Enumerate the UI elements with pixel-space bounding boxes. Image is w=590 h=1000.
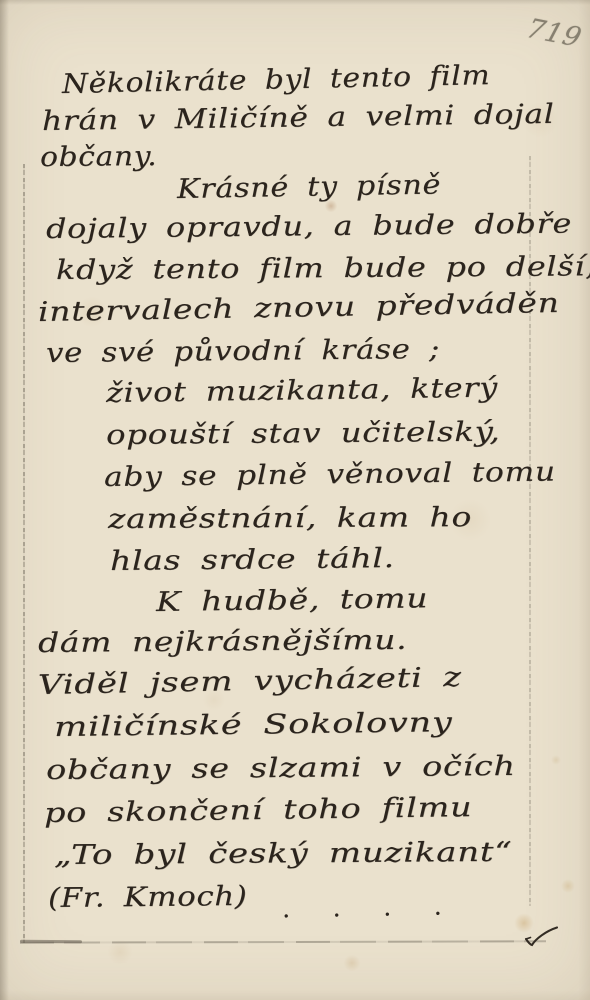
text-line: dojaly opravdu, a bude dobře	[46, 209, 572, 244]
text-line: občany.	[40, 142, 158, 173]
pencil-border-left	[23, 164, 25, 943]
text-line: po skončení toho filmu	[44, 793, 473, 829]
pencil-border-bottom	[20, 940, 546, 943]
text-line: (Fr. Kmoch)	[48, 882, 248, 914]
text-line: „To byl český muzikant“	[54, 838, 513, 871]
text-line: miličínské Sokolovny	[54, 708, 453, 743]
text-line: opouští stav učitelský,	[106, 418, 501, 451]
text-line: Viděl jsem vycházeti z	[38, 663, 462, 701]
text-line: intervalech znovu předváděn	[38, 289, 560, 328]
text-line: Několikráte byl tento film	[62, 61, 491, 100]
trailing-dots: . . . .	[282, 892, 444, 925]
text-line: dám nejkrásnějšímu.	[38, 626, 408, 659]
text-line: občany se slzami v očích	[46, 752, 516, 786]
text-line: ve své původní kráse ;	[46, 335, 440, 369]
text-line: hlas srdce táhl.	[110, 544, 395, 577]
pencil-border-bottom-dark-end	[20, 939, 82, 942]
text-line: Krásné ty písně	[177, 170, 442, 204]
text-line: zaměstnání, kam ho	[108, 503, 472, 535]
text-line: život muzikanta, který	[106, 374, 498, 409]
checkmark-icon	[523, 924, 561, 952]
text-line: K hudbě, tomu	[156, 584, 429, 617]
manuscript-page: 719 Několikráte byl tento film hrán v Mi…	[0, 0, 590, 1000]
text-line: aby se plně věnoval tomu	[104, 457, 556, 492]
text-line: když tento film bude po delší,	[56, 252, 590, 285]
text-line: hrán v Miličíně a velmi dojal	[42, 100, 555, 137]
page-number: 719	[523, 13, 586, 53]
